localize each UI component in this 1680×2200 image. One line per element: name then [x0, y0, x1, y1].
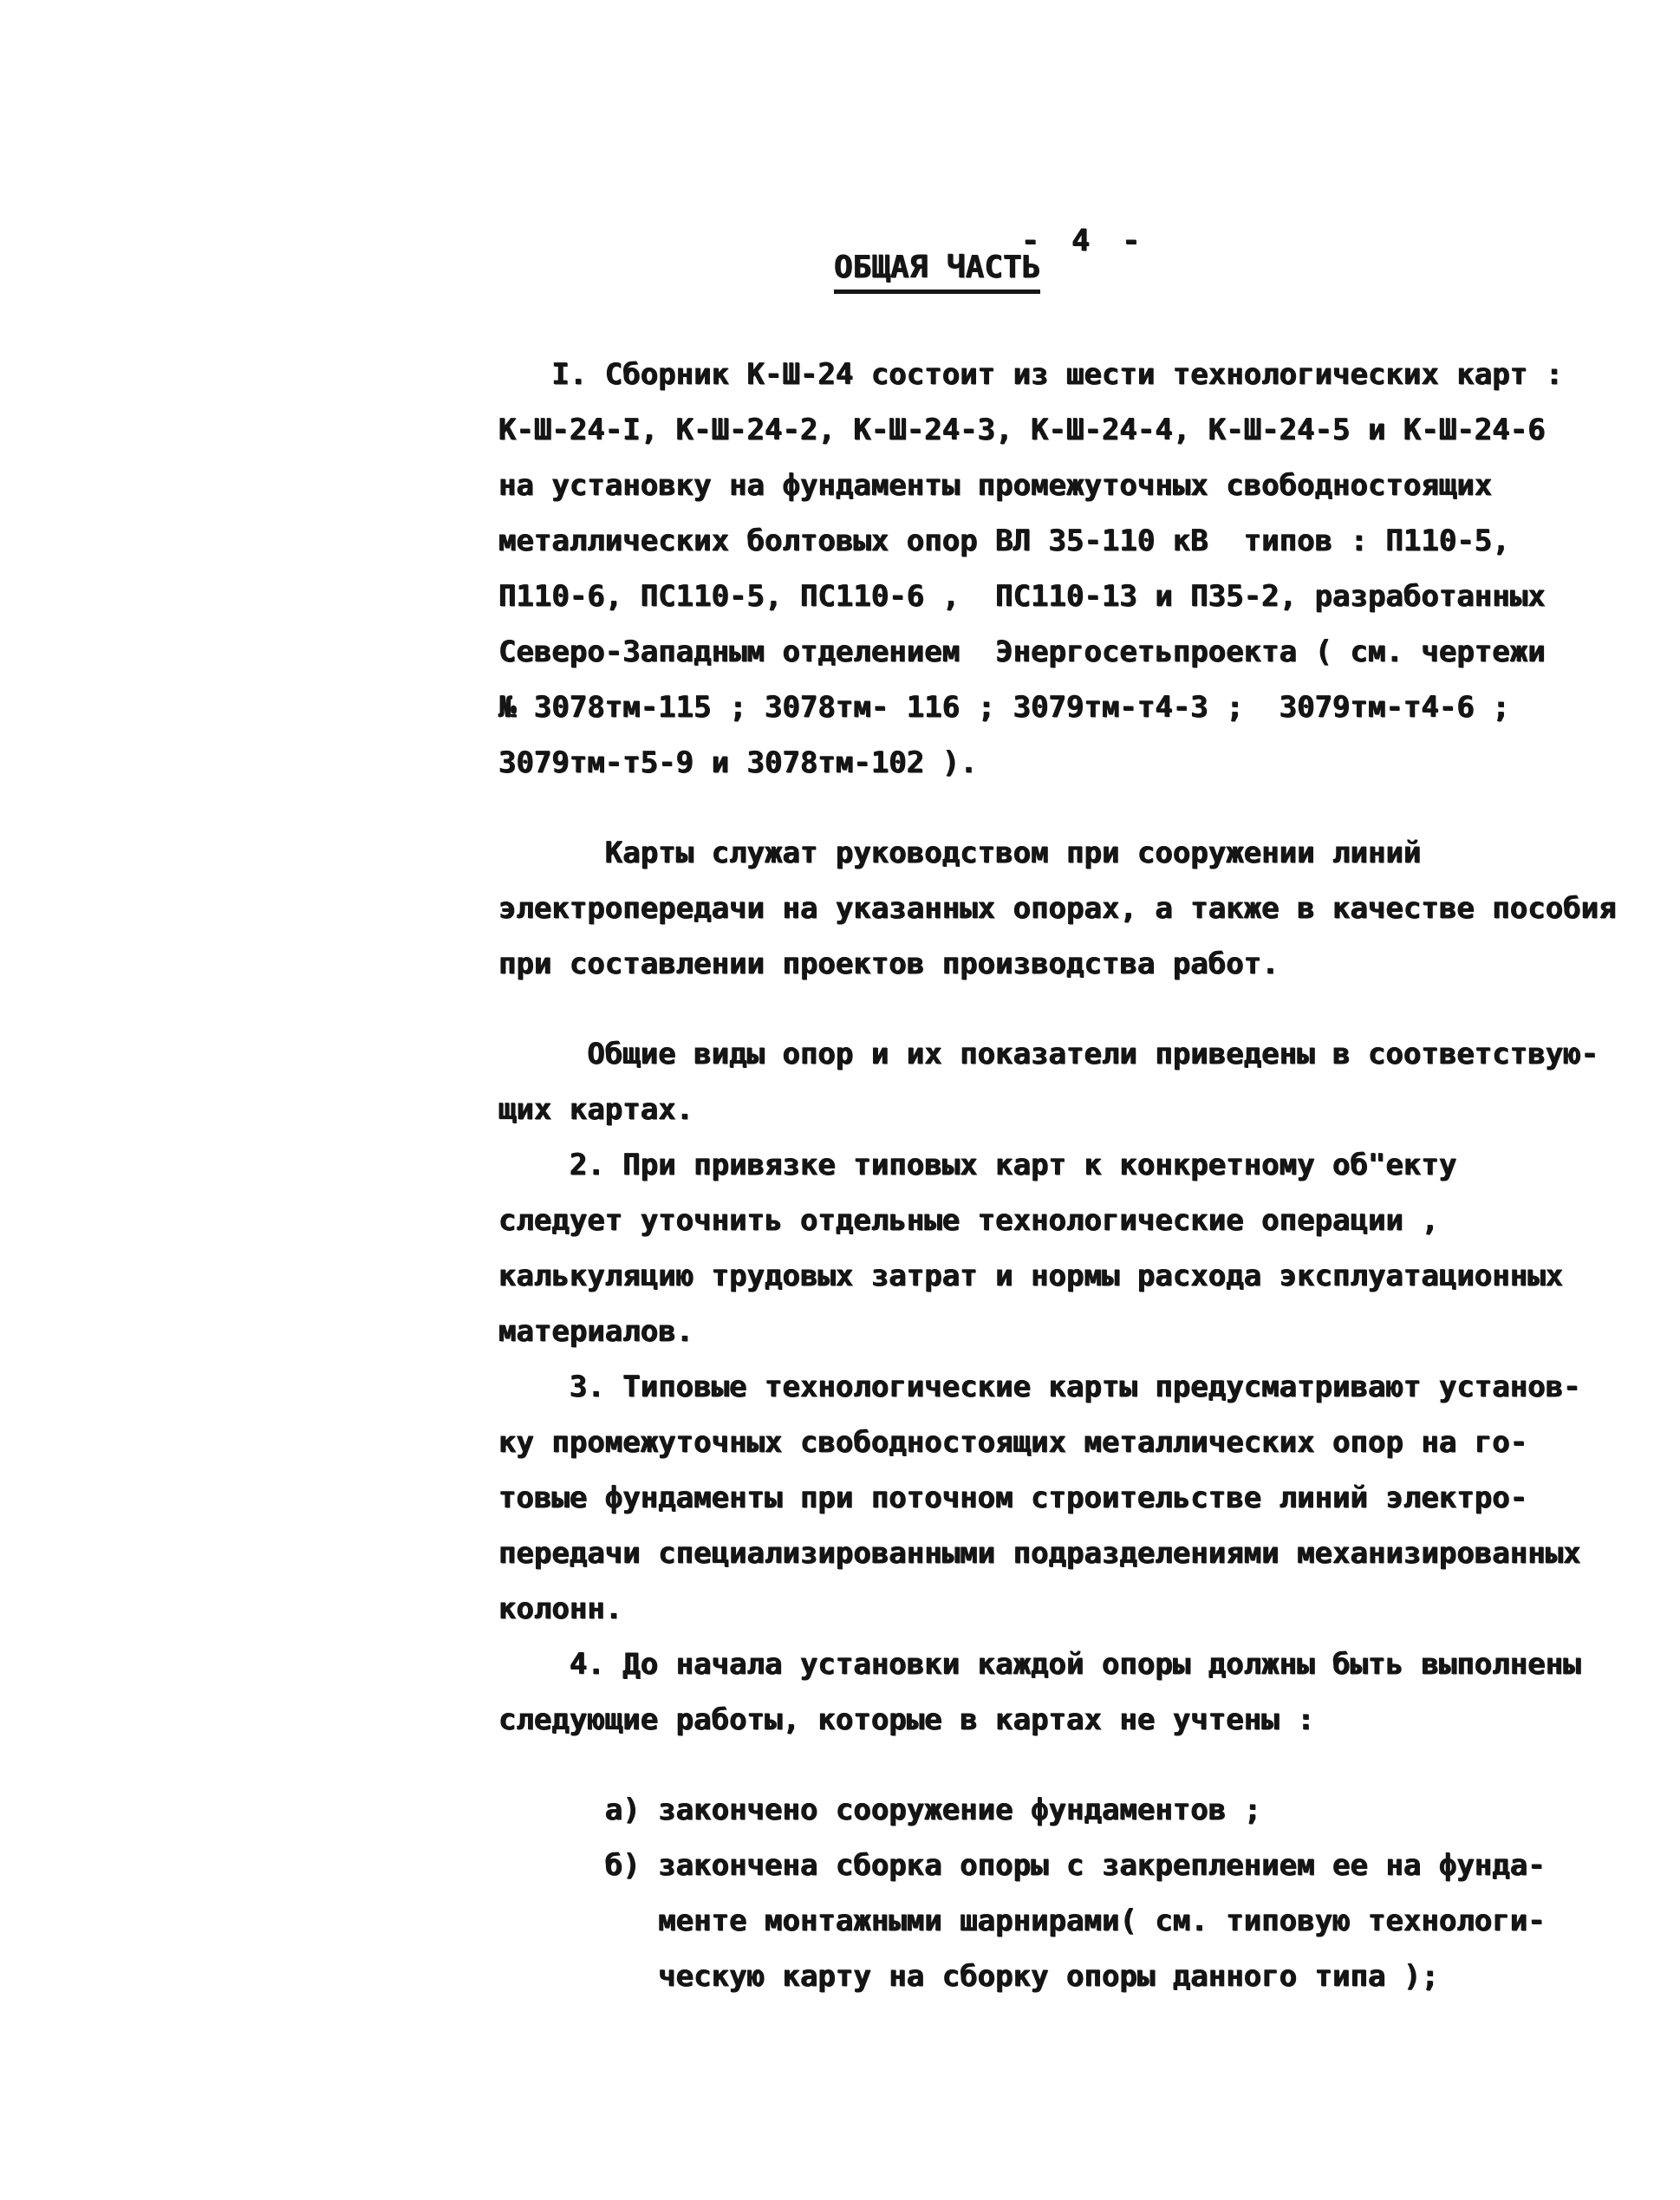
text-line [498, 1748, 1643, 1782]
text-line: следует уточнить отдельные технологическ… [498, 1193, 1643, 1248]
text-line: металлических болтовых опор ВЛ 35-110 кВ… [498, 513, 1643, 569]
text-line: 2. При привязке типовых карт к конкретно… [498, 1137, 1643, 1193]
text-line: менте монтажными шарнирами( см. типовую … [498, 1893, 1643, 1949]
text-line [498, 791, 1643, 825]
document-body: I. Сборник К-Ш-24 состоит из шести техно… [498, 347, 1643, 2004]
text-line: 3. Типовые технологические карты предусм… [498, 1359, 1643, 1415]
text-line: следующие работы, которые в картах не уч… [498, 1692, 1643, 1748]
text-line: на установку на фундаменты промежуточных… [498, 458, 1643, 513]
text-line: К-Ш-24-I, К-Ш-24-2, К-Ш-24-3, К-Ш-24-4, … [498, 402, 1643, 458]
scanned-page: - 4 - ОБЩАЯ ЧАСТЬ I. Сборник К-Ш-24 сост… [0, 0, 1680, 2200]
page-title: ОБЩАЯ ЧАСТЬ [834, 250, 1040, 294]
text-line: электропередачи на указанных опорах, а т… [498, 881, 1643, 936]
text-line: б) закончена сборка опоры с закреплением… [498, 1838, 1643, 1893]
text-line: ку промежуточных свободностоящих металли… [498, 1415, 1643, 1470]
text-line: Северо-Западным отделением Энергосетьпро… [498, 624, 1643, 680]
text-line: 4. До начала установки каждой опоры долж… [498, 1637, 1643, 1692]
text-line: № 3078тм-115 ; 3078тм- 116 ; 3079тм-т4-3… [498, 680, 1643, 735]
text-line: передачи специализированными подразделен… [498, 1526, 1643, 1581]
text-line [498, 992, 1643, 1026]
text-line: товые фундаменты при поточном строительс… [498, 1470, 1643, 1526]
text-line: а) закончено сооружение фундаментов ; [498, 1782, 1643, 1838]
text-line: материалов. [498, 1304, 1643, 1359]
text-line: Карты служат руководством при сооружении… [498, 825, 1643, 881]
text-line: колонн. [498, 1581, 1643, 1637]
text-line: I. Сборник К-Ш-24 состоит из шести техно… [498, 347, 1643, 402]
text-line: Общие виды опор и их показатели приведен… [498, 1026, 1643, 1082]
text-line: калькуляцию трудовых затрат и нормы расх… [498, 1248, 1643, 1304]
text-line: щих картах. [498, 1082, 1643, 1137]
text-line: при составлении проектов производства ра… [498, 936, 1643, 992]
text-line: ческую карту на сборку опоры данного тип… [498, 1949, 1643, 2004]
text-line: П110-6, ПС110-5, ПС110-6 , ПС110-13 и П3… [498, 569, 1643, 624]
text-line: 3079тм-т5-9 и 3078тм-102 ). [498, 735, 1643, 791]
